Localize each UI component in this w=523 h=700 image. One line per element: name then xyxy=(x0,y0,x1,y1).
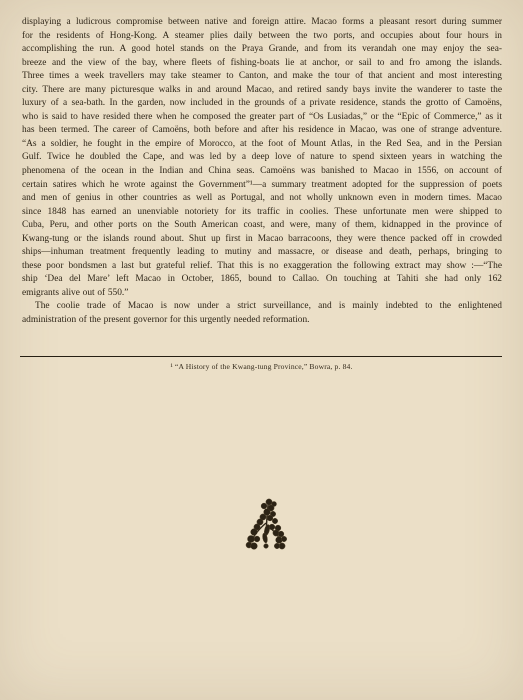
text-line: luxury of a sea-bath. In the garden, now… xyxy=(22,97,502,111)
text-line: who is said to have resided there when h… xyxy=(22,111,502,125)
text-line: city. There are many picturesque walks i… xyxy=(22,84,502,98)
book-page: displaying a ludicrous compromise betwee… xyxy=(0,0,523,700)
text-line: ship ‘Dea del Mare’ left Macao in Octobe… xyxy=(22,273,502,287)
text-line: Gulf. Twice he doubled the Cape, and was… xyxy=(22,151,502,165)
text-line: certain satires which he wrote against t… xyxy=(22,179,502,193)
text-line: accomplishing the run. A good hotel stan… xyxy=(22,43,502,57)
text-line: and men of genius in other countries as … xyxy=(22,192,502,206)
text-line: ships—inhuman treatment frequently leadi… xyxy=(22,246,502,260)
text-line: The coolie trade of Macao is now under a… xyxy=(22,300,502,314)
body-text: displaying a ludicrous compromise betwee… xyxy=(22,16,502,328)
text-line: phenomena of the ocean in the Indian and… xyxy=(22,165,502,179)
text-line: emigrants alive out of 550.” xyxy=(22,287,502,301)
text-line: since 1848 has earned an unenviable noto… xyxy=(22,206,502,220)
text-line: breeze and the view of the bay, where fl… xyxy=(22,57,502,71)
text-line: for the residents of Hong-Kong. A steame… xyxy=(22,30,502,44)
text-line: Cuba, Peru, and other ports on the South… xyxy=(22,219,502,233)
footnote-text: ¹ “A History of the Kwang-tung Province,… xyxy=(0,362,523,371)
text-line: “As a soldier, he fought in the empire o… xyxy=(22,138,502,152)
printer-ornament-icon xyxy=(245,497,289,560)
text-line: administration of the present governor f… xyxy=(22,314,502,328)
text-line: these poor bondsmen a last but grateful … xyxy=(22,260,502,274)
footnote-divider xyxy=(20,356,502,357)
text-line: displaying a ludicrous compromise betwee… xyxy=(22,16,502,30)
text-line: has been termed. The career of Camoëns, … xyxy=(22,124,502,138)
text-line: Kwang-tung or the islands round about. S… xyxy=(22,233,502,247)
text-line: Three times a week travellers may take s… xyxy=(22,70,502,84)
